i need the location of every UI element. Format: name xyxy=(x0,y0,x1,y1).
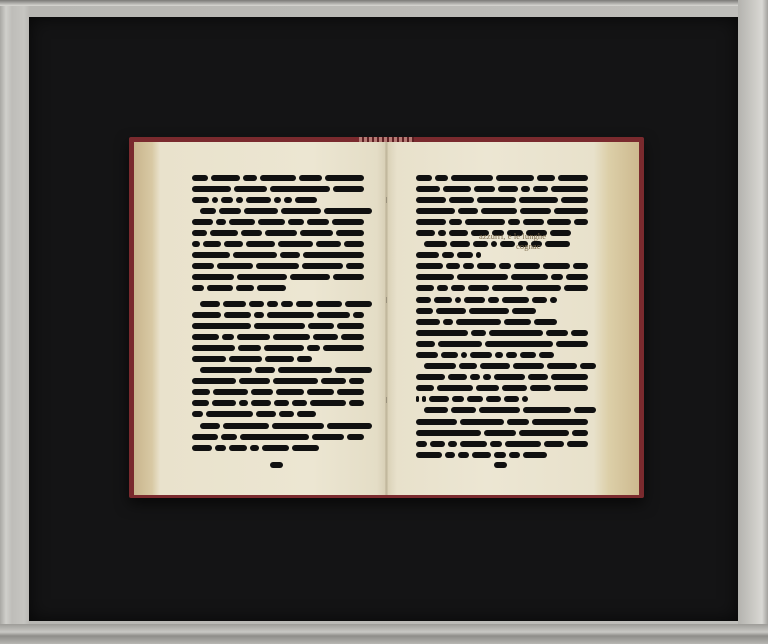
redacted-line xyxy=(192,185,364,192)
redacted-line xyxy=(192,311,364,318)
redacted-line xyxy=(192,333,364,340)
redacted-line xyxy=(192,196,317,203)
redacted-line xyxy=(192,300,372,307)
redacted-line xyxy=(416,274,588,281)
redacted-line xyxy=(416,385,588,392)
redacted-line xyxy=(416,196,588,203)
redacted-line xyxy=(192,252,364,259)
surviving-text-line-2: cognac xyxy=(516,242,541,251)
redacted-line xyxy=(416,396,528,403)
binding-stitch xyxy=(386,197,387,203)
redacted-line xyxy=(192,344,364,351)
binding-stitch xyxy=(386,397,387,403)
redacted-line xyxy=(192,411,316,418)
redacted-line xyxy=(192,241,364,248)
redacted-line xyxy=(192,274,364,281)
frame-bottom-edge xyxy=(0,624,768,644)
redacted-line xyxy=(416,307,536,314)
open-book: azzurri, e le lunghe cognac xyxy=(129,137,644,498)
redacted-line xyxy=(192,285,286,292)
redacted-line xyxy=(192,378,364,385)
page-number-redacted xyxy=(270,462,283,468)
redacted-line xyxy=(416,252,481,259)
redacted-line xyxy=(416,440,588,447)
right-page: azzurri, e le lunghe cognac xyxy=(387,142,639,495)
redacted-line xyxy=(192,218,364,225)
redacted-line xyxy=(416,218,588,225)
surviving-text-line-1: azzurri, e le lunghe xyxy=(479,232,546,241)
redacted-line xyxy=(192,444,319,451)
redacted-line xyxy=(192,322,364,329)
redacted-line xyxy=(192,433,364,440)
redacted-line xyxy=(416,374,588,381)
redacted-line xyxy=(416,429,588,436)
redacted-line xyxy=(416,407,596,414)
redacted-line xyxy=(416,318,557,325)
redacted-line xyxy=(416,329,588,336)
redacted-line xyxy=(192,263,364,270)
redacted-line xyxy=(192,422,372,429)
redacted-line xyxy=(416,241,570,248)
left-page xyxy=(134,142,387,495)
redacted-line xyxy=(416,185,588,192)
redacted-line xyxy=(192,367,372,374)
redacted-line xyxy=(192,174,364,181)
redacted-line xyxy=(416,207,588,214)
redacted-text-block xyxy=(192,174,364,296)
frame-top-edge xyxy=(0,0,768,6)
redacted-line xyxy=(416,451,547,458)
redacted-line xyxy=(192,400,364,407)
page-number-redacted xyxy=(494,462,507,468)
binding-stitch xyxy=(386,297,387,303)
redacted-line xyxy=(416,174,588,181)
redacted-line xyxy=(192,355,312,362)
redacted-line xyxy=(192,207,372,214)
redacted-line xyxy=(416,263,588,270)
redacted-line xyxy=(192,229,364,236)
redacted-text-block xyxy=(192,300,364,455)
redacted-line xyxy=(416,285,588,292)
redacted-line xyxy=(192,389,364,396)
frame-right-edge xyxy=(738,0,768,644)
redacted-line xyxy=(416,352,554,359)
redacted-line xyxy=(416,296,557,303)
redacted-line xyxy=(416,340,588,347)
book-gutter xyxy=(385,142,388,495)
redacted-line xyxy=(416,418,588,425)
redacted-text-block xyxy=(416,174,588,462)
redacted-line xyxy=(416,363,596,370)
